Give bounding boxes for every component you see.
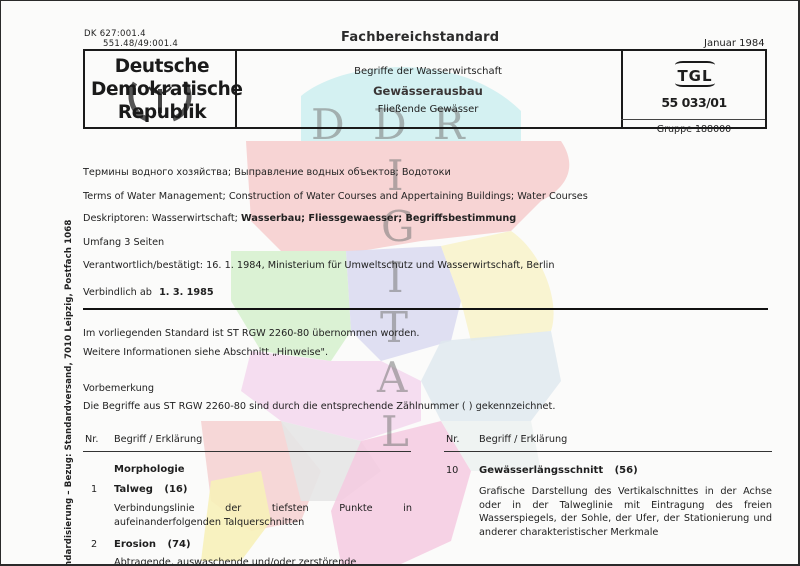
divider [621, 119, 765, 120]
column-rule [83, 451, 411, 452]
issue-date: Januar 1984 [704, 38, 765, 49]
preface-text: Die Begriffe aus ST RGW 2260-80 sind dur… [83, 401, 555, 412]
russian-title: Термины водного хозяйства; Выправление в… [83, 167, 451, 178]
intro-line-1: Im vorliegenden Standard ist ST RGW 2260… [83, 328, 419, 339]
column-header-term: Begriff / Erklärung [479, 434, 567, 445]
preface-heading: Vorbemerkung [83, 383, 154, 394]
title-super: Begriffe der Wasserwirtschaft [235, 66, 621, 77]
english-title: Terms of Water Management; Construction … [83, 191, 588, 202]
column-header-nr: Nr. [85, 434, 98, 445]
descriptors-bold: Wasserbau; Fliessgewaesser; Begriffsbest… [241, 213, 516, 224]
logo-line: Deutsche [91, 55, 233, 78]
group-number: Gruppe 188000 [623, 124, 765, 135]
entry-term: Talweg (16) [114, 484, 187, 495]
entry-term: Erosion (74) [114, 539, 191, 550]
descriptors: Deskriptoren: Wasserwirtschaft; Wasserba… [83, 213, 516, 224]
entry-number: 1 [91, 484, 97, 495]
dk-line: 551.48/49:001.4 [84, 39, 178, 49]
dk-line: DK 627:001.4 [84, 29, 178, 39]
entry-term-name: Gewässerlängsschnitt [479, 465, 603, 476]
divider [621, 51, 623, 127]
title-main: Gewässerausbau [235, 84, 621, 98]
binding-date: 1. 3. 1985 [159, 287, 214, 298]
scope: Umfang 3 Seiten [83, 237, 164, 248]
binding-label: Verbindlich ab [83, 287, 152, 298]
responsible: Verantwortlich/bestätigt: 16. 1. 1984, M… [83, 260, 554, 271]
tgl-mark: TGL [675, 61, 715, 87]
dk-classification: DK 627:001.4 551.48/49:001.4 [84, 29, 178, 49]
entry-term-name: Erosion [114, 539, 156, 550]
entry-ref: (74) [168, 539, 191, 550]
title-part: Fließende Gewässer [235, 104, 621, 115]
column-rule [444, 451, 772, 452]
tgl-number: 55 033/01 [623, 95, 765, 110]
watermark-letter: A [377, 357, 407, 399]
entry-term: Gewässerlängsschnitt (56) [479, 465, 638, 476]
country-logo: Deutsche Demokratische Republik [91, 55, 233, 124]
descriptors-plain: Wasserwirtschaft; [152, 213, 238, 224]
logo-line: Demokratische [91, 78, 233, 101]
descriptors-label: Deskriptoren: [83, 213, 149, 224]
section-rule [83, 308, 768, 310]
watermark-letter: L [381, 411, 409, 453]
side-distribution-note: ndardisierung – Bezug: Standardversand, … [64, 220, 74, 564]
document-type: Fachbereichstandard [341, 30, 499, 45]
column-header-nr: Nr. [446, 434, 459, 445]
entry-number: 2 [91, 539, 97, 550]
entry-term-name: Talweg [114, 484, 153, 495]
section-heading: Morphologie [114, 464, 185, 475]
binding-from: Verbindlich ab 1. 3. 1985 [83, 287, 214, 298]
entry-description: Abtragende, auswaschende und/oder zerstö… [114, 556, 412, 564]
entry-ref: (16) [164, 484, 187, 495]
logo-line: Republik [91, 101, 233, 124]
entry-description: Verbindungslinie der tiefsten Punkte in … [114, 502, 412, 529]
column-header-term: Begriff / Erklärung [114, 434, 202, 445]
entry-ref: (56) [615, 465, 638, 476]
intro-line-2: Weitere Informationen siehe Abschnitt „H… [83, 347, 328, 358]
document-page: D D R I G I T A L DK 627:001.4 551.48/49… [1, 1, 798, 564]
entry-description: Grafische Darstellung des Vertikalschnit… [479, 485, 772, 539]
entry-number: 10 [446, 465, 458, 476]
header-box: Deutsche Demokratische Republik Begriffe… [83, 49, 767, 129]
